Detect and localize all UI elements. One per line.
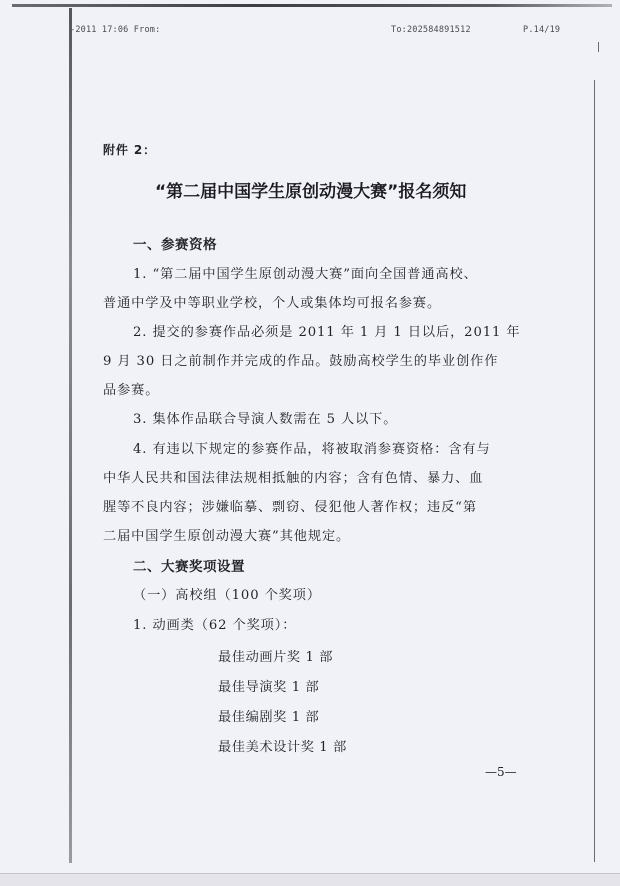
paragraph-line: 9 月 30 日之前制作并完成的作品。鼓励高校学生的毕业创作作 [103, 350, 498, 369]
award-category: 1. 动画类（62 个奖项）： [133, 614, 296, 633]
paragraph-line: 二届中国学生原创动漫大赛”其他规定。 [103, 525, 350, 544]
award-group-subheading: （一）高校组（100 个奖项） [133, 584, 321, 603]
paragraph-line: 腥等不良内容；涉嫌临摹、剽窃、侵犯他人著作权；违反“第 [103, 496, 477, 515]
award-item: 最佳导演奖 1 部 [218, 676, 319, 695]
award-item: 最佳美术设计奖 1 部 [218, 736, 347, 755]
section-heading-eligibility: 一、参赛资格 [133, 233, 217, 253]
award-item: 最佳编剧奖 1 部 [218, 706, 319, 725]
paragraph-line: 4. 有违以下规定的参赛作品，将被取消参赛资格：含有与 [133, 438, 491, 457]
scan-bottom-edge [0, 873, 620, 886]
paragraph-line: 品参赛。 [103, 379, 159, 398]
paragraph-line: 3. 集体作品联合导演人数需在 5 人以下。 [133, 408, 397, 427]
document-page: 附件 2： “第二届中国学生原创动漫大赛”报名须知 一、参赛资格 1. “第二届… [0, 0, 620, 886]
paragraph-line: 2. 提交的参赛作品必须是 2011 年 1 月 1 日以后，2011 年 [133, 321, 521, 340]
attachment-label: 附件 2： [103, 141, 156, 158]
paragraph-line: 1. “第二届中国学生原创动漫大赛”面向全国普通高校、 [133, 263, 478, 282]
paragraph-line: 普通中学及中等职业学校，个人或集体均可报名参赛。 [103, 292, 441, 311]
page-number: —5— [485, 765, 517, 779]
paragraph-line: 中华人民共和国法律法规相抵触的内容；含有色情、暴力、血 [103, 467, 483, 486]
document-title: “第二届中国学生原创动漫大赛”报名须知 [155, 177, 466, 202]
section-heading-awards: 二、大赛奖项设置 [133, 555, 245, 575]
award-item: 最佳动画片奖 1 部 [218, 646, 333, 665]
